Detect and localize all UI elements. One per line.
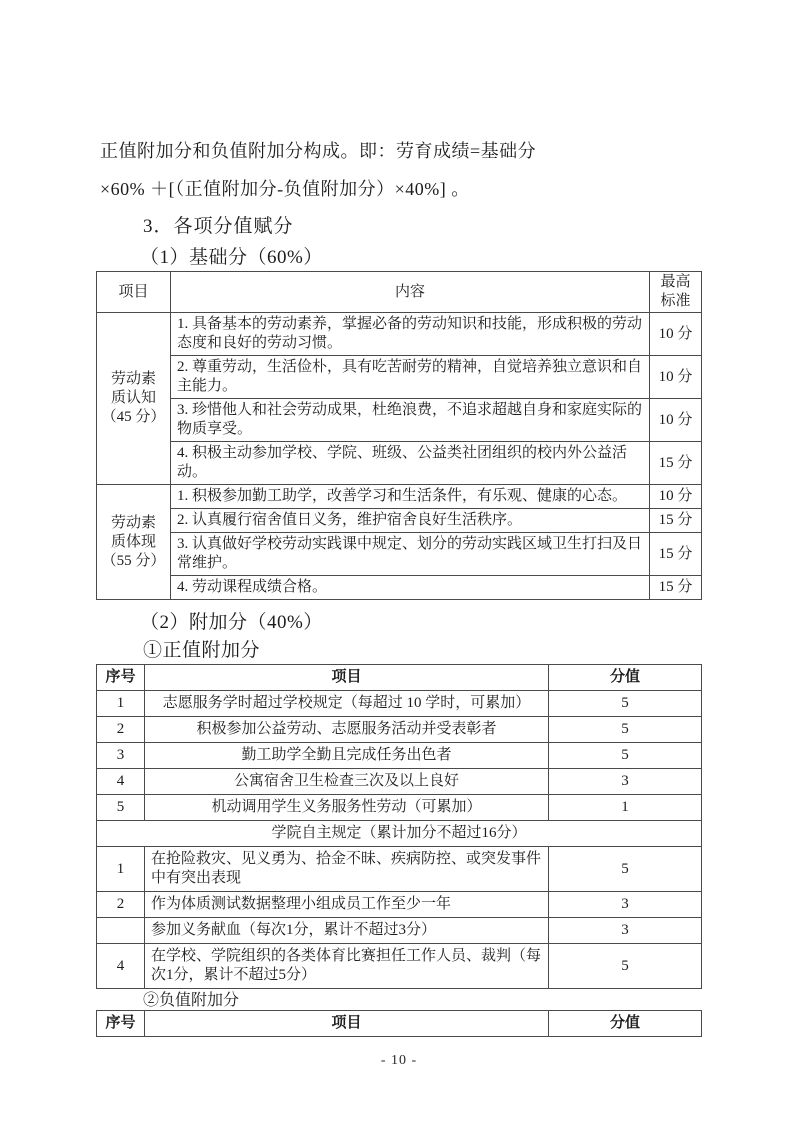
row-number-cell: 4 — [97, 944, 145, 989]
item-cell: 勤工助学全勤且完成任务出色者 — [145, 743, 549, 769]
table-row: 4. 劳动课程成绩合格。15 分 — [97, 576, 702, 600]
column-header: 序号 — [97, 665, 145, 691]
basic-score-table: 项目内容最高 标准劳动素 质认知 （45 分）1. 具备基本的劳动素养，掌握必备… — [96, 271, 702, 600]
score-cell: 3 — [549, 769, 702, 795]
score-cell: 5 — [549, 847, 702, 892]
negative-addition-table: 序号项目分值 — [96, 1010, 702, 1037]
max-score-cell: 15 分 — [650, 533, 702, 576]
college-rule-divider-cell: 学院自主规定（累计加分不超过16分） — [97, 821, 702, 847]
column-header: 项目 — [145, 665, 549, 691]
item-cell: 在学校、学院组织的各类体育比赛担任工作人员、裁判（每次1分，累计不超过5分） — [145, 944, 549, 989]
max-score-cell: 10 分 — [650, 399, 702, 442]
column-header: 分值 — [549, 665, 702, 691]
table-header-row: 项目内容最高 标准 — [97, 272, 702, 313]
table-row: 1志愿服务学时超过学校规定（每超过 10 学时，可累加）5 — [97, 691, 702, 717]
table-header-row: 序号项目分值 — [97, 665, 702, 691]
row-number-cell: 3 — [97, 743, 145, 769]
column-header: 项目 — [145, 1011, 549, 1037]
column-header: 内容 — [171, 272, 650, 313]
table-row: 4在学校、学院组织的各类体育比赛担任工作人员、裁判（每次1分，累计不超过5分）5 — [97, 944, 702, 989]
positive-addition-heading: ①正值附加分 — [143, 638, 702, 664]
table-row: 2. 尊重劳动，生活俭朴，具有吃苦耐劳的精神，自觉培养独立意识和自主能力。10 … — [97, 356, 702, 399]
table-row: 3勤工助学全勤且完成任务出色者5 — [97, 743, 702, 769]
table-row: 参加义务献血（每次1分，累计不超过3分）3 — [97, 918, 702, 944]
row-number-cell: 4 — [97, 769, 145, 795]
content-cell: 4. 劳动课程成绩合格。 — [171, 576, 650, 600]
row-number-cell — [97, 918, 145, 944]
score-cell: 1 — [549, 795, 702, 821]
score-cell: 5 — [549, 691, 702, 717]
content-cell: 3. 认真做好学校劳动实践课中规定、划分的劳动实践区域卫生打扫及日常维护。 — [171, 533, 650, 576]
max-score-cell: 10 分 — [650, 356, 702, 399]
table-row: 1在抢险救灾、见义勇为、拾金不昧、疾病防控、或突发事件中有突出表现5 — [97, 847, 702, 892]
paragraph-line-2: ×60% ＋[（正值附加分-负值附加分）×40%] 。 — [100, 177, 702, 201]
max-score-cell: 15 分 — [650, 509, 702, 533]
item-cell: 积极参加公益劳动、志愿服务活动并受表彰者 — [145, 717, 549, 743]
table-header-row: 序号项目分值 — [97, 1011, 702, 1037]
group-label-cell: 劳动素 质体现 （55 分） — [97, 485, 171, 600]
max-score-cell: 15 分 — [650, 442, 702, 485]
column-header: 项目 — [97, 272, 171, 313]
item-cell: 机动调用学生义务服务性劳动（可累加） — [145, 795, 549, 821]
positive-addition-table: 序号项目分值1志愿服务学时超过学校规定（每超过 10 学时，可累加）52积极参加… — [96, 664, 702, 989]
table-row: 2作为体质测试数据整理小组成员工作至少一年3 — [97, 892, 702, 918]
score-cell: 3 — [549, 918, 702, 944]
column-header: 最高 标准 — [650, 272, 702, 313]
table-row: 3. 认真做好学校劳动实践课中规定、划分的劳动实践区域卫生打扫及日常维护。15 … — [97, 533, 702, 576]
score-cell: 5 — [549, 944, 702, 989]
row-number-cell: 2 — [97, 892, 145, 918]
item-cell: 公寓宿舍卫生检查三次及以上良好 — [145, 769, 549, 795]
table-row: 5机动调用学生义务服务性劳动（可累加）1 — [97, 795, 702, 821]
score-cell: 5 — [549, 717, 702, 743]
max-score-cell: 10 分 — [650, 313, 702, 356]
column-header: 分值 — [549, 1011, 702, 1037]
item-cell: 在抢险救灾、见义勇为、拾金不昧、疾病防控、或突发事件中有突出表现 — [145, 847, 549, 892]
item-cell: 参加义务献血（每次1分，累计不超过3分） — [145, 918, 549, 944]
document-page: 正值附加分和负值附加分构成。即：劳育成绩=基础分 ×60% ＋[（正值附加分-负… — [96, 139, 702, 1069]
table-row: 2积极参加公益劳动、志愿服务活动并受表彰者5 — [97, 717, 702, 743]
max-score-cell: 15 分 — [650, 576, 702, 600]
table-row: 4. 积极主动参加学校、学院、班级、公益类社团组织的校内外公益活动。15 分 — [97, 442, 702, 485]
score-cell: 5 — [549, 743, 702, 769]
content-cell: 3. 珍惜他人和社会劳动成果，杜绝浪费，不追求超越自身和家庭实际的物质享受。 — [171, 399, 650, 442]
content-cell: 1. 积极参加勤工助学，改善学习和生活条件，有乐观、健康的心态。 — [171, 485, 650, 509]
row-number-cell: 1 — [97, 691, 145, 717]
content-cell: 1. 具备基本的劳动素养，掌握必备的劳动知识和技能，形成积极的劳动态度和良好的劳… — [171, 313, 650, 356]
row-number-cell: 5 — [97, 795, 145, 821]
page-number: - 10 - — [96, 1053, 702, 1069]
score-cell: 3 — [549, 892, 702, 918]
max-score-cell: 10 分 — [650, 485, 702, 509]
subsection-heading-additional: （2）附加分（40%） — [140, 610, 702, 636]
table-row: 3. 珍惜他人和社会劳动成果，杜绝浪费，不追求超越自身和家庭实际的物质享受。10… — [97, 399, 702, 442]
table-row: 劳动素 质体现 （55 分）1. 积极参加勤工助学，改善学习和生活条件，有乐观、… — [97, 485, 702, 509]
table-row: 2. 认真履行宿舍值日义务，维护宿舍良好生活秩序。15 分 — [97, 509, 702, 533]
negative-addition-heading: ②负值附加分 — [143, 992, 702, 1010]
subsection-heading-basic: （1）基础分（60%） — [140, 245, 702, 271]
content-cell: 2. 认真履行宿舍值日义务，维护宿舍良好生活秩序。 — [171, 509, 650, 533]
row-number-cell: 1 — [97, 847, 145, 892]
table-row: 4公寓宿舍卫生检查三次及以上良好3 — [97, 769, 702, 795]
section-heading: 3．各项分值赋分 — [143, 213, 702, 240]
item-cell: 作为体质测试数据整理小组成员工作至少一年 — [145, 892, 549, 918]
row-number-cell: 2 — [97, 717, 145, 743]
column-header: 序号 — [97, 1011, 145, 1037]
content-cell: 4. 积极主动参加学校、学院、班级、公益类社团组织的校内外公益活动。 — [171, 442, 650, 485]
table-row: 劳动素 质认知 （45 分）1. 具备基本的劳动素养，掌握必备的劳动知识和技能，… — [97, 313, 702, 356]
divider-row: 学院自主规定（累计加分不超过16分） — [97, 821, 702, 847]
item-cell: 志愿服务学时超过学校规定（每超过 10 学时，可累加） — [145, 691, 549, 717]
group-label-cell: 劳动素 质认知 （45 分） — [97, 313, 171, 485]
paragraph-line-1: 正值附加分和负值附加分构成。即：劳育成绩=基础分 — [100, 139, 702, 163]
content-cell: 2. 尊重劳动，生活俭朴，具有吃苦耐劳的精神，自觉培养独立意识和自主能力。 — [171, 356, 650, 399]
